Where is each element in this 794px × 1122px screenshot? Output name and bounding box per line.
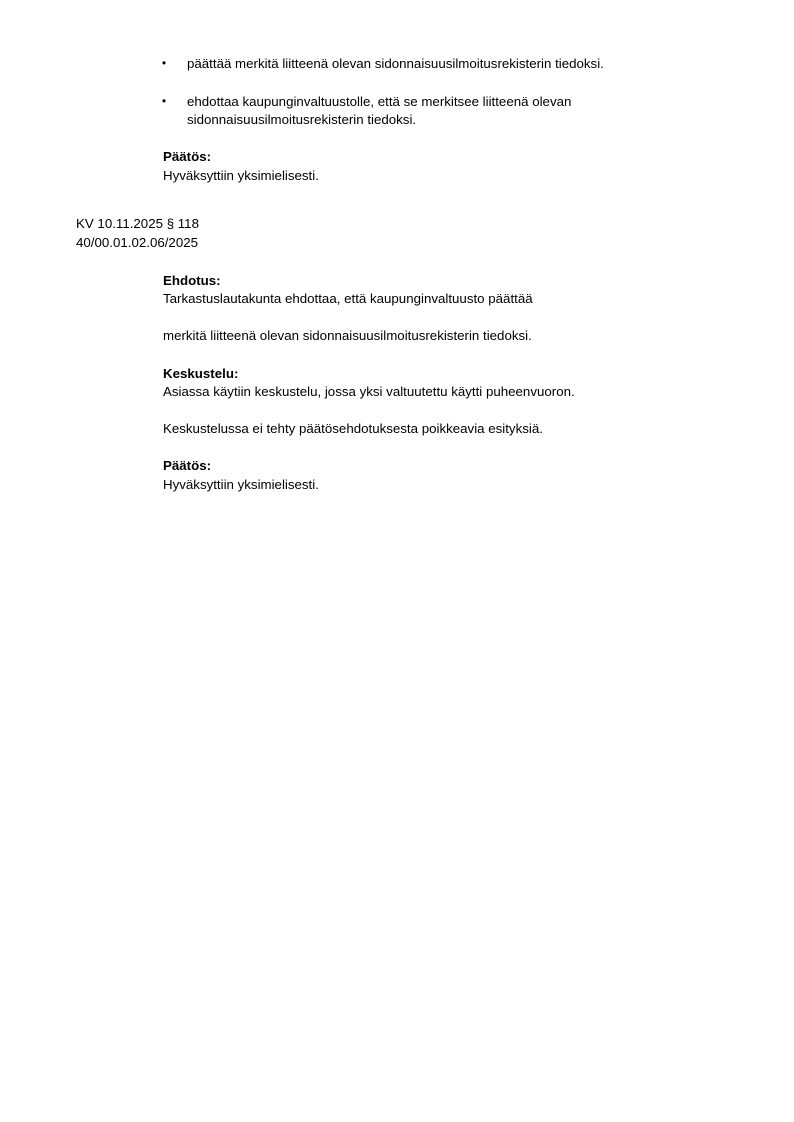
decision-text: Hyväksyttiin yksimielisesti. (163, 475, 319, 494)
bullet-icon: • (160, 92, 168, 111)
bullet-item-text: päättää merkitä liitteenä olevan sidonna… (187, 54, 604, 73)
proposal-text: Tarkastuslautakunta ehdottaa, että kaupu… (163, 289, 533, 308)
proposal-heading: Ehdotus: (163, 271, 221, 290)
discussion-heading: Keskustelu: (163, 364, 238, 383)
discussion-note: Keskustelussa ei tehty päätösehdotuksest… (163, 419, 543, 438)
bullet-item-text-continued: sidonnaisuusilmoitusrekisterin tiedoksi. (187, 110, 416, 129)
decision-heading: Päätös: (163, 456, 211, 475)
case-number: 40/00.01.02.06/2025 (76, 233, 198, 252)
decision-heading: Päätös: (163, 147, 211, 166)
bullet-icon: • (160, 54, 168, 73)
meeting-reference: KV 10.11.2025 § 118 (76, 214, 199, 233)
bullet-item-text: ehdottaa kaupunginvaltuustolle, että se … (187, 92, 571, 111)
discussion-text: Asiassa käytiin keskustelu, jossa yksi v… (163, 382, 575, 401)
decision-text: Hyväksyttiin yksimielisesti. (163, 166, 319, 185)
proposal-text-continued: merkitä liitteenä olevan sidonnaisuusilm… (163, 326, 532, 345)
